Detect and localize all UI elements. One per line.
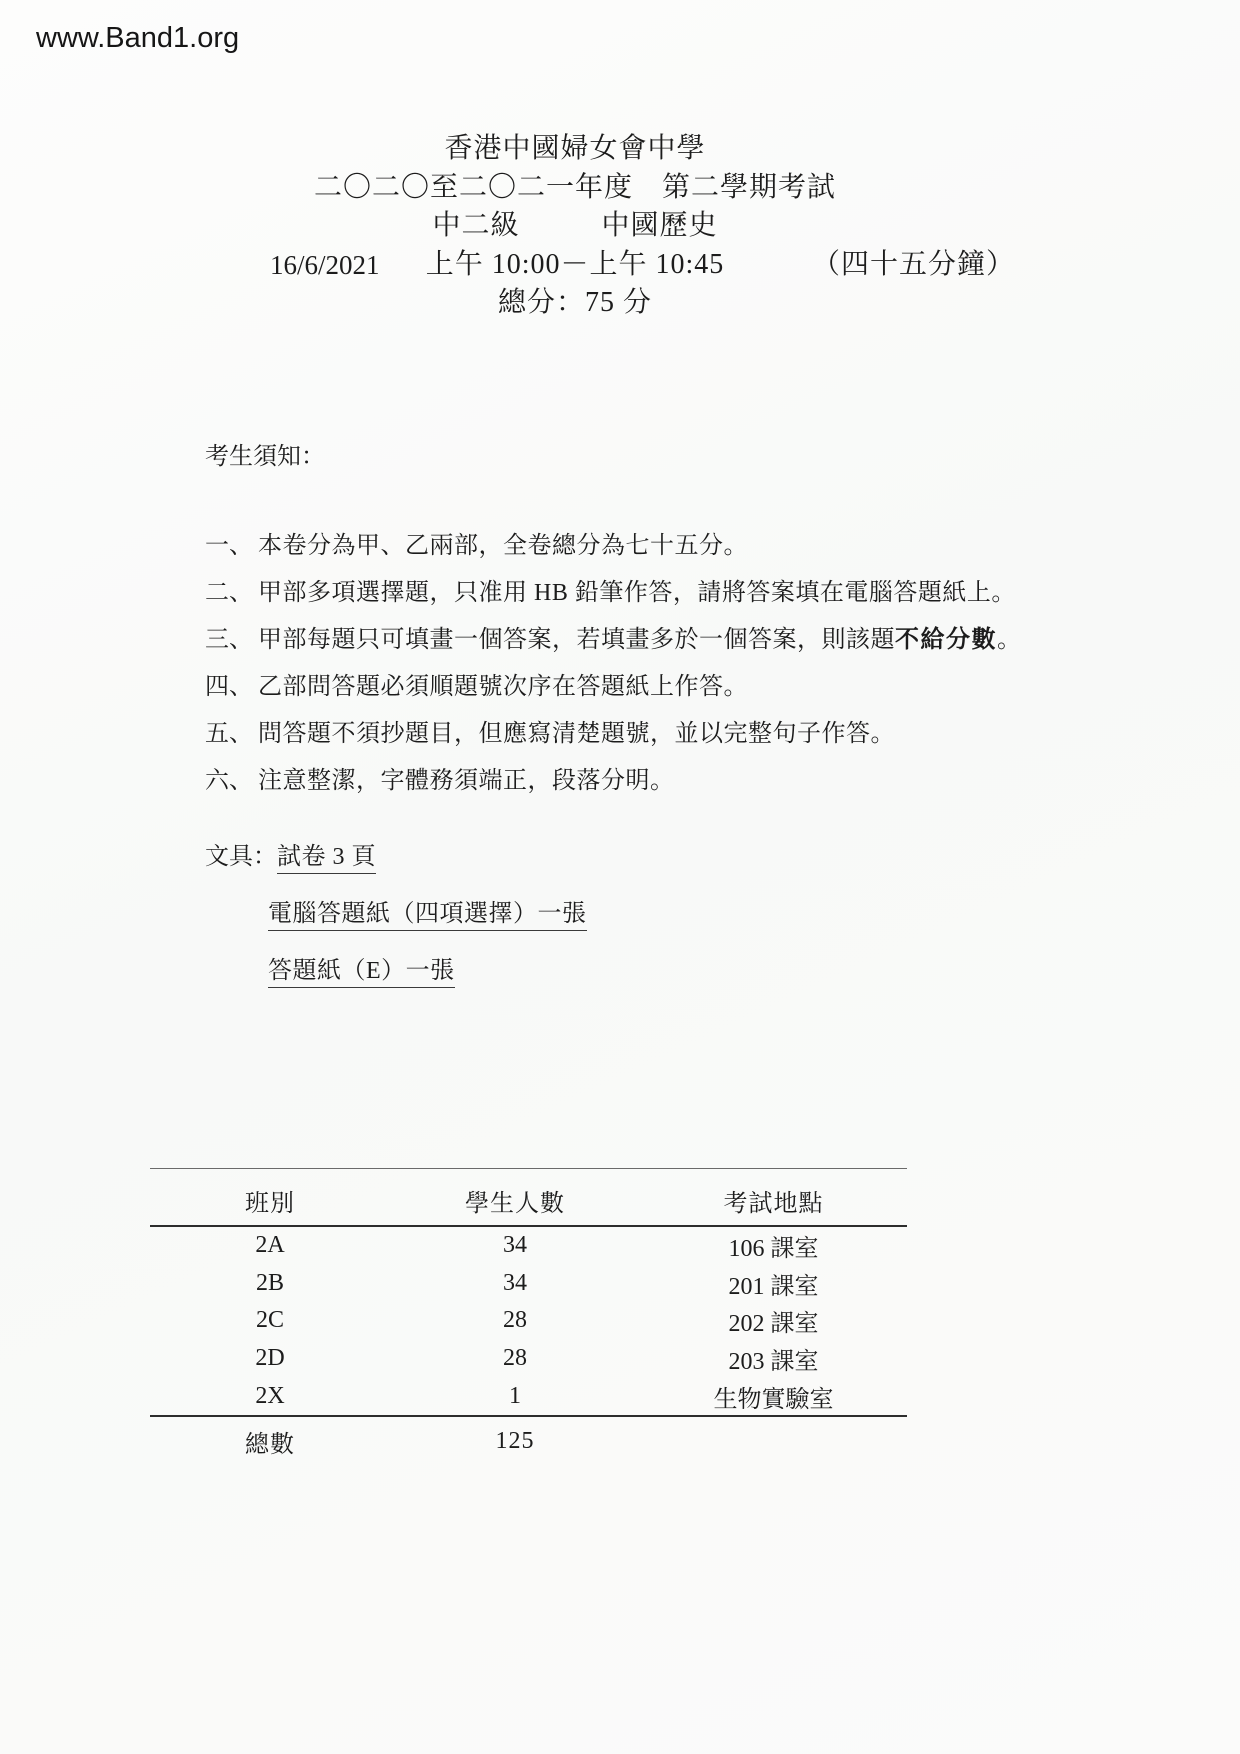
cell-count: 28 [390,1307,640,1334]
note-item-2: 二、 甲部多項選擇題，只准用 HB 鉛筆作答，請將答案填在電腦答題紙上。 [205,581,1022,606]
note-text: 乙部問答題必須順題號次序在答題紙上作答。 [258,675,1022,700]
stationery-section: 文具：試卷 3 頁 電腦答題紙（四項選擇）一張 答題紙（E）一張 [205,836,587,1007]
note-number: 六、 [205,769,258,794]
exam-header: 香港中國婦女會中學 二〇二〇至二〇二一年度 第二學期考試 中二級中國歷史 16/… [0,130,1150,323]
table-row-2a: 2A 34 106 課室 [150,1227,907,1265]
total-value: 125 [390,1424,640,1455]
cell-venue: 106 課室 [640,1228,907,1263]
note-text: 本卷分為甲、乙兩部，全卷總分為七十五分。 [258,534,1022,559]
subject-name: 中國歷史 [602,210,718,241]
exam-time: 上午 10:00－上午 10:45 [426,249,725,280]
stationery-item-mc-sheet: 電腦答題紙（四項選擇）一張 [268,893,587,931]
cell-class: 2B [150,1270,390,1297]
stationery-line-3: 答題紙（E）一張 [268,950,587,988]
exam-cover-page: www.Band1.org 香港中國婦女會中學 二〇二〇至二〇二一年度 第二學期… [0,0,1240,1754]
cell-count: 34 [390,1270,640,1297]
note-text-post: 。 [997,627,1022,653]
note-text: 問答題不須抄題目，但應寫清楚題號，並以完整句子作答。 [258,722,1022,747]
cell-count: 1 [390,1383,640,1410]
band1-watermark: www.Band1.org [36,22,239,55]
table-row-2b: 2B 34 201 課室 [150,1265,907,1303]
exam-title: 二〇二〇至二〇二一年度 第二學期考試 [0,169,1150,208]
note-text: 注意整潔，字體務須端正，段落分明。 [258,769,1022,794]
table-header-row: 班別 學生人數 考試地點 [150,1169,907,1227]
note-item-4: 四、 乙部問答題必須順題號次序在答題紙上作答。 [205,675,1022,700]
cell-venue: 201 課室 [640,1266,907,1301]
cell-class: 2D [150,1345,390,1372]
stationery-item-paper: 試卷 3 頁 [277,836,376,874]
note-number: 三、 [205,628,258,653]
note-item-3: 三、 甲部每題只可填畫一個答案，若填畫多於一個答案，則該題不給分數。 [205,628,1022,653]
cell-class: 2X [150,1383,390,1410]
school-name: 香港中國婦女會中學 [0,130,1150,169]
stationery-label: 文具： [205,836,277,871]
stationery-line-2: 電腦答題紙（四項選擇）一張 [268,893,587,931]
note-item-1: 一、 本卷分為甲、乙兩部，全卷總分為七十五分。 [205,534,1022,559]
note-text-pre: 甲部每題只可填畫一個答案，若填畫多於一個答案，則該題 [258,627,895,653]
notes-title: 考生須知： [205,436,1022,471]
total-label: 總數 [150,1420,390,1459]
cell-class: 2A [150,1232,390,1259]
stationery-item-answer-sheet: 答題紙（E）一張 [268,950,455,988]
class-allocation-table: 班別 學生人數 考試地點 2A 34 106 課室 2B 34 201 課室 2… [150,1168,907,1463]
note-number: 一、 [205,534,258,559]
exam-date: 16/6/2021 [270,246,380,285]
cell-venue: 203 課室 [640,1341,907,1376]
cell-count: 28 [390,1345,640,1372]
header-class: 班別 [150,1183,390,1225]
form-subject-line: 中二級中國歷史 [0,207,1150,246]
form-level: 中二級 [432,210,519,241]
total-empty-cell [640,1438,907,1442]
cell-class: 2C [150,1307,390,1334]
note-text-bold: 不給分數 [895,627,997,653]
date-time-line: 16/6/2021 上午 10:00－上午 10:45 （四十五分鐘） [0,246,1150,285]
note-text: 甲部每題只可填畫一個答案，若填畫多於一個答案，則該題不給分數。 [258,628,1022,653]
note-text: 甲部多項選擇題，只准用 HB 鉛筆作答，請將答案填在電腦答題紙上。 [258,581,1022,606]
table-row-2x: 2X 1 生物實驗室 [150,1377,907,1415]
note-number: 五、 [205,722,258,747]
table-row-2c: 2C 28 202 課室 [150,1302,907,1340]
note-number: 四、 [205,675,258,700]
table-row-2d: 2D 28 203 課室 [150,1340,907,1378]
total-marks: 總分：75 分 [0,284,1150,323]
cell-venue: 202 課室 [640,1303,907,1338]
table-total-row: 總數 125 [150,1415,907,1463]
exam-duration: （四十五分鐘） [812,246,1015,285]
note-item-5: 五、 問答題不須抄題目，但應寫清楚題號，並以完整句子作答。 [205,722,1022,747]
note-number: 二、 [205,581,258,606]
header-student-count: 學生人數 [390,1183,640,1225]
cell-count: 34 [390,1232,640,1259]
candidate-notes: 考生須知： 一、 本卷分為甲、乙兩部，全卷總分為七十五分。 二、 甲部多項選擇題… [205,436,1022,816]
header-exam-venue: 考試地點 [640,1183,907,1225]
note-item-6: 六、 注意整潔，字體務須端正，段落分明。 [205,769,1022,794]
cell-venue: 生物實驗室 [640,1379,907,1414]
stationery-line-1: 文具：試卷 3 頁 [205,836,587,874]
